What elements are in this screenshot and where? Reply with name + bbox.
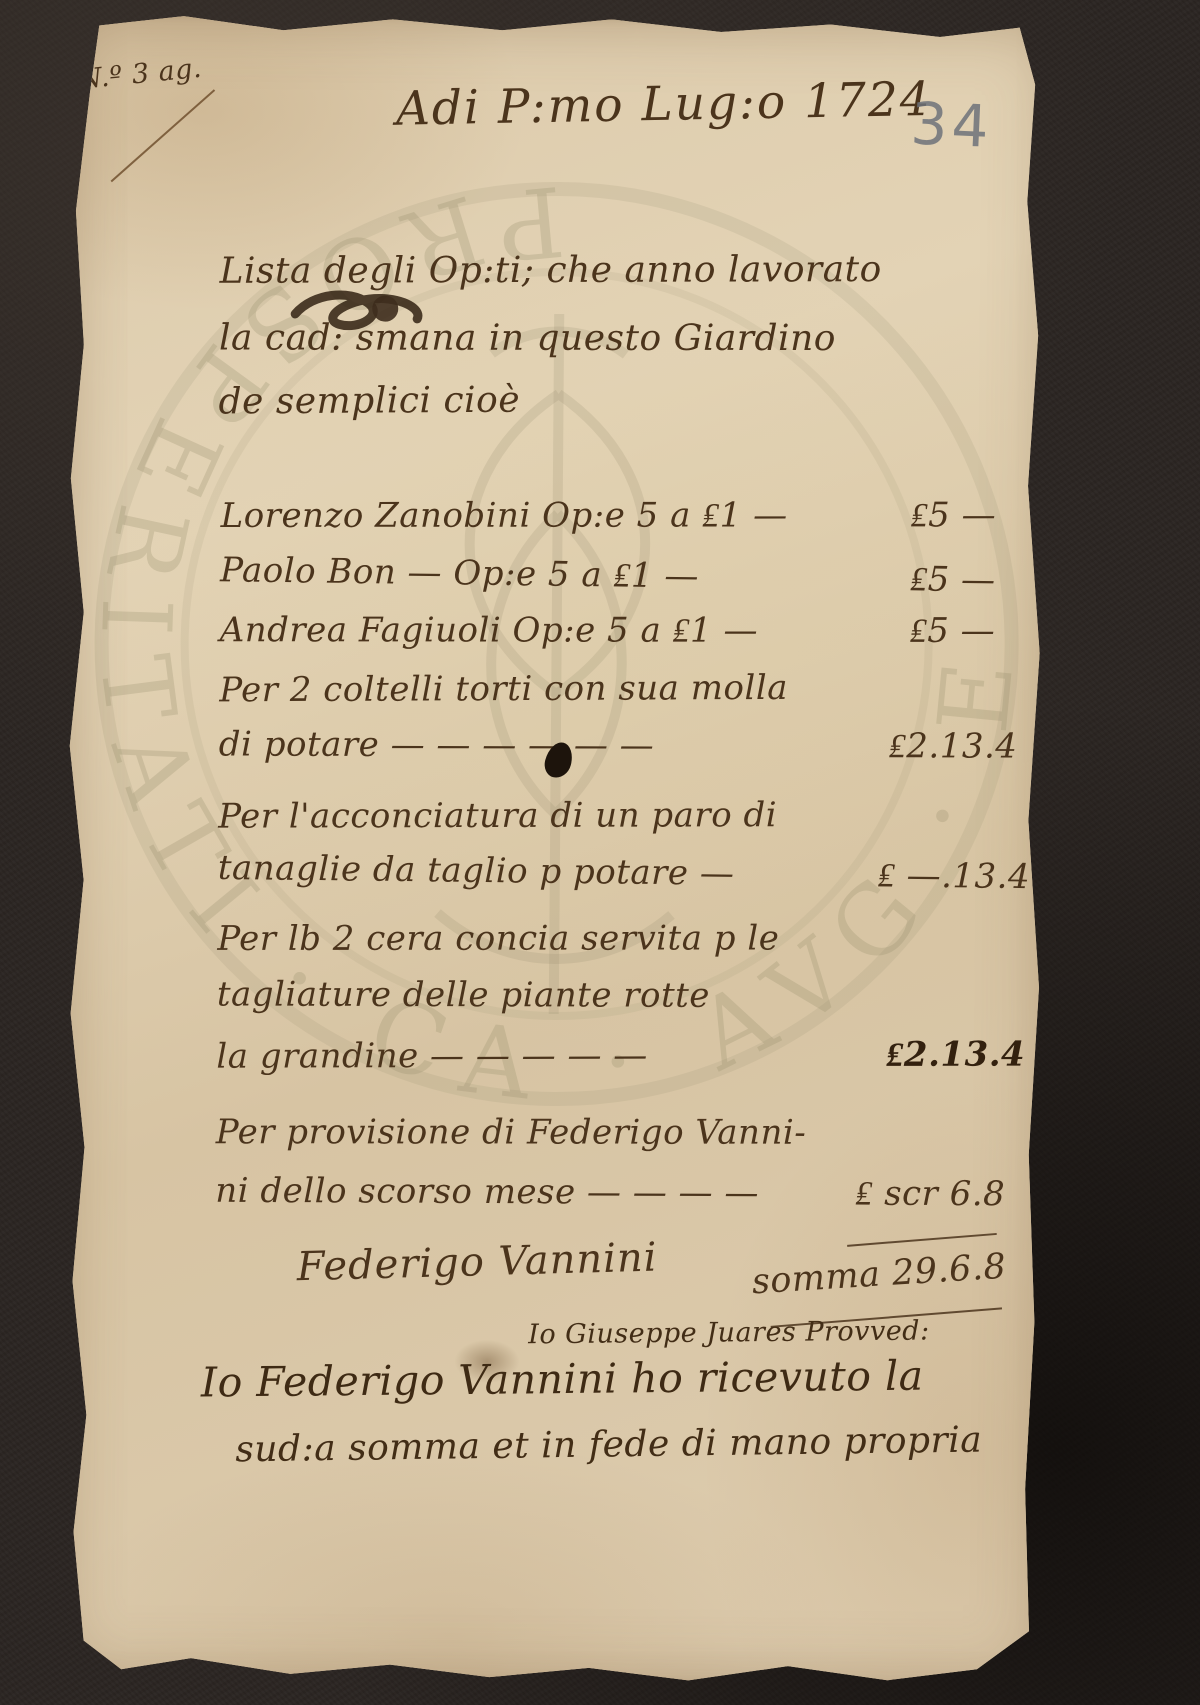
- provveditore-attestation: Io Giuseppe Juares Provved:: [528, 1315, 930, 1350]
- entry-line: Per provisione di Federigo Vanni-: [216, 1112, 1036, 1153]
- receipt-line: sud:a somma et in fede di mano propria: [235, 1420, 982, 1471]
- entry-line: Andrea Fagiuoli Op:e 5 a ₤1 —₤5 —: [220, 610, 1040, 651]
- entry-text: Per 2 coltelli torti con sua molla: [219, 668, 788, 710]
- entry-line: Paolo Bon — Op:e 5 a ₤1 —₤5 —: [220, 550, 1040, 601]
- photograph-backdrop: { "header": { "corner_note": "N.º 3 ag."…: [0, 0, 1200, 1705]
- entry-text: Paolo Bon — Op:e 5 a ₤1 —: [220, 550, 699, 596]
- entry-amount: ₤ scr 6.8: [855, 1174, 1005, 1215]
- entry-line: la grandine — — — — —₤2.13.4: [216, 1034, 1036, 1076]
- entry-line: Per l'acconciatura di un paro di: [218, 794, 1038, 836]
- entry-amount: ₤5 —: [910, 611, 995, 651]
- entry-text: tagliature delle piante rotte: [217, 974, 710, 1015]
- entry-line: tagliature delle piante rotte: [217, 974, 1037, 1016]
- entry-line: di potare — — — — — —₤2.13.4: [219, 724, 1039, 766]
- payee-signature: Federigo Vannini: [296, 1235, 658, 1291]
- entry-text: Per l'acconciatura di un paro di: [218, 795, 777, 836]
- receipt-line: Io Federigo Vannini ho ricevuto la: [201, 1352, 924, 1407]
- corner-note: N.º 3 ag.: [77, 53, 203, 96]
- entry-line: ni dello scorso mese — — — —₤ scr 6.8: [215, 1171, 1035, 1215]
- sum-rule: [847, 1233, 997, 1247]
- entry-text: Per provisione di Federigo Vanni-: [216, 1112, 806, 1153]
- entry-line: Per lb 2 cera concia servita p le: [217, 918, 1037, 959]
- sum-total: somma 29.6.8: [751, 1247, 1008, 1303]
- intro-line: la cad: smana in questo Giardino: [219, 317, 836, 359]
- entry-line: tanaglie da taglio p potare —₤ —.13.4: [218, 848, 1038, 897]
- manuscript-sheet: PROSPERITATI · CA · AVG · E N.º 3 ag. Ad…: [51, 10, 1059, 1690]
- entry-amount: ₤5 —: [910, 559, 996, 600]
- entry-text: tanaglie da taglio p potare —: [218, 848, 735, 894]
- corner-slash-mark: [111, 89, 216, 182]
- intro-line: de semplici cioè: [218, 380, 520, 423]
- entry-amount: ₤5 —: [911, 495, 996, 535]
- folio-number-pencil: 34: [909, 89, 994, 160]
- entry-amount: ₤2.13.4: [886, 1035, 1025, 1075]
- entry-text: Per lb 2 cera concia servita p le: [217, 918, 779, 958]
- entry-text: Lorenzo Zanobini Op:e 5 a ₤1 —: [221, 495, 788, 535]
- entry-amount: ₤ —.13.4: [878, 855, 1031, 897]
- entry-line: Lorenzo Zanobini Op:e 5 a ₤1 —₤5 —: [221, 495, 1041, 536]
- entry-text: la grandine — — — — —: [216, 1036, 647, 1077]
- entry-text: Andrea Fagiuoli Op:e 5 a ₤1 —: [220, 610, 758, 650]
- entry-amount: ₤2.13.4: [889, 726, 1018, 766]
- entry-line: Per 2 coltelli torti con sua molla: [219, 667, 1039, 711]
- entry-text: ni dello scorso mese — — — —: [215, 1171, 759, 1213]
- entry-text: di potare — — — — — —: [219, 724, 654, 765]
- date-line: Adi P:mo Lug:o 1724: [395, 72, 932, 137]
